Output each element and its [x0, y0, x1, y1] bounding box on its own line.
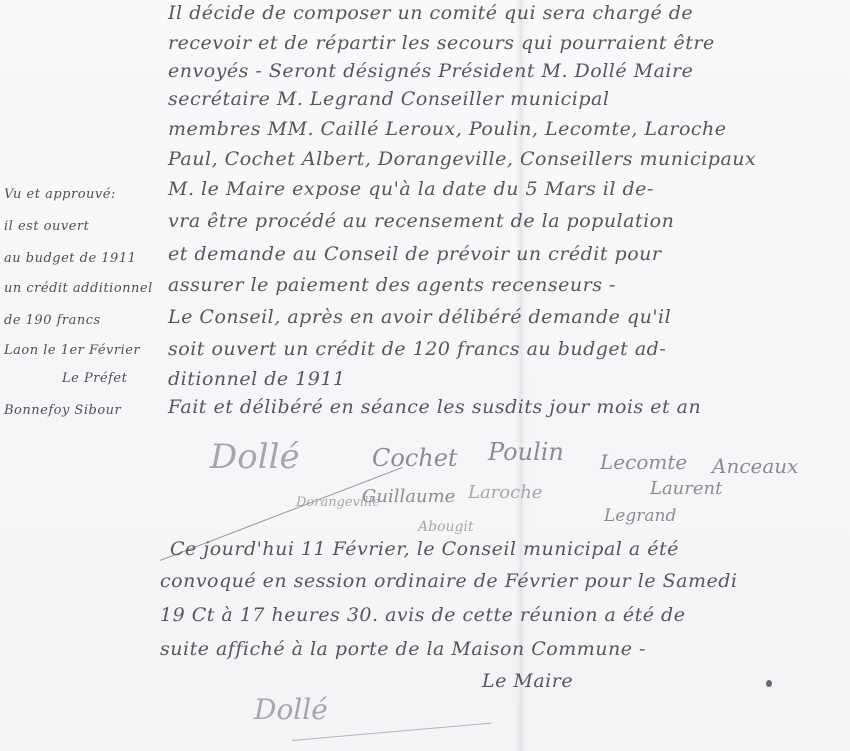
main-text-line: Le Conseil, après en avoir délibéré dema…: [168, 308, 671, 327]
signature: Abougit: [418, 520, 474, 534]
main-text-line: Il décide de composer un comité qui sera…: [168, 4, 693, 23]
main-text-line: Fait et délibéré en séance les susdits j…: [168, 398, 701, 417]
signature: Dollé: [210, 440, 300, 474]
main-text-line: vra être procédé au recensement de la po…: [168, 212, 674, 231]
signature: Laroche: [468, 484, 542, 502]
main-text-line: recevoir et de répartir les secours qui …: [168, 34, 715, 53]
signature: Lecomte: [600, 452, 687, 472]
signature: Cochet: [372, 446, 458, 470]
signature: Legrand: [604, 508, 676, 525]
convocation-line: suite affiché à la porte de la Maison Co…: [160, 640, 646, 659]
margin-note-line: Bonnefoy Sibour: [4, 404, 121, 417]
manuscript-page: Il décide de composer un comité qui sera…: [0, 0, 850, 751]
main-text-line: assurer le paiement des agents recenseur…: [168, 276, 616, 295]
signature: Poulin: [488, 440, 564, 464]
main-text-line: ditionnel de 1911: [168, 370, 346, 389]
main-text-line: Paul, Cochet Albert, Dorangeville, Conse…: [168, 150, 756, 169]
margin-note-line: Le Préfet: [62, 372, 127, 385]
signature: Guillaume: [362, 488, 455, 506]
signature: Anceaux: [712, 456, 798, 476]
main-text-line: M. le Maire expose qu'à la date du 5 Mar…: [168, 180, 654, 199]
margin-note-line: au budget de 1911: [4, 252, 136, 265]
margin-note-line: Vu et approuvé:: [4, 188, 116, 201]
main-text-line: et demande au Conseil de prévoir un créd…: [168, 245, 661, 264]
main-text-line: envoyés - Seront désignés Président M. D…: [168, 62, 693, 81]
main-text-line: membres MM. Caillé Leroux, Poulin, Lecom…: [168, 120, 727, 139]
signature: Laurent: [650, 480, 722, 498]
closing-title: Le Maire: [482, 672, 573, 691]
convocation-line: Ce jourd'hui 11 Février, le Conseil muni…: [170, 540, 679, 559]
main-text-line: secrétaire M. Legrand Conseiller municip…: [168, 90, 609, 109]
convocation-line: convoqué en session ordinaire de Février…: [160, 572, 738, 591]
margin-note-line: Laon le 1er Février: [4, 344, 140, 357]
ink-speck: [766, 680, 772, 687]
main-text-line: soit ouvert un crédit de 120 francs au b…: [168, 340, 666, 359]
mayor-signature: Dollé: [254, 696, 328, 724]
margin-note-line: un crédit additionnel: [4, 282, 153, 295]
margin-note-line: de 190 francs: [4, 314, 101, 327]
margin-note-line: il est ouvert: [4, 220, 89, 233]
convocation-line: 19 Ct à 17 heures 30. avis de cette réun…: [160, 606, 685, 625]
